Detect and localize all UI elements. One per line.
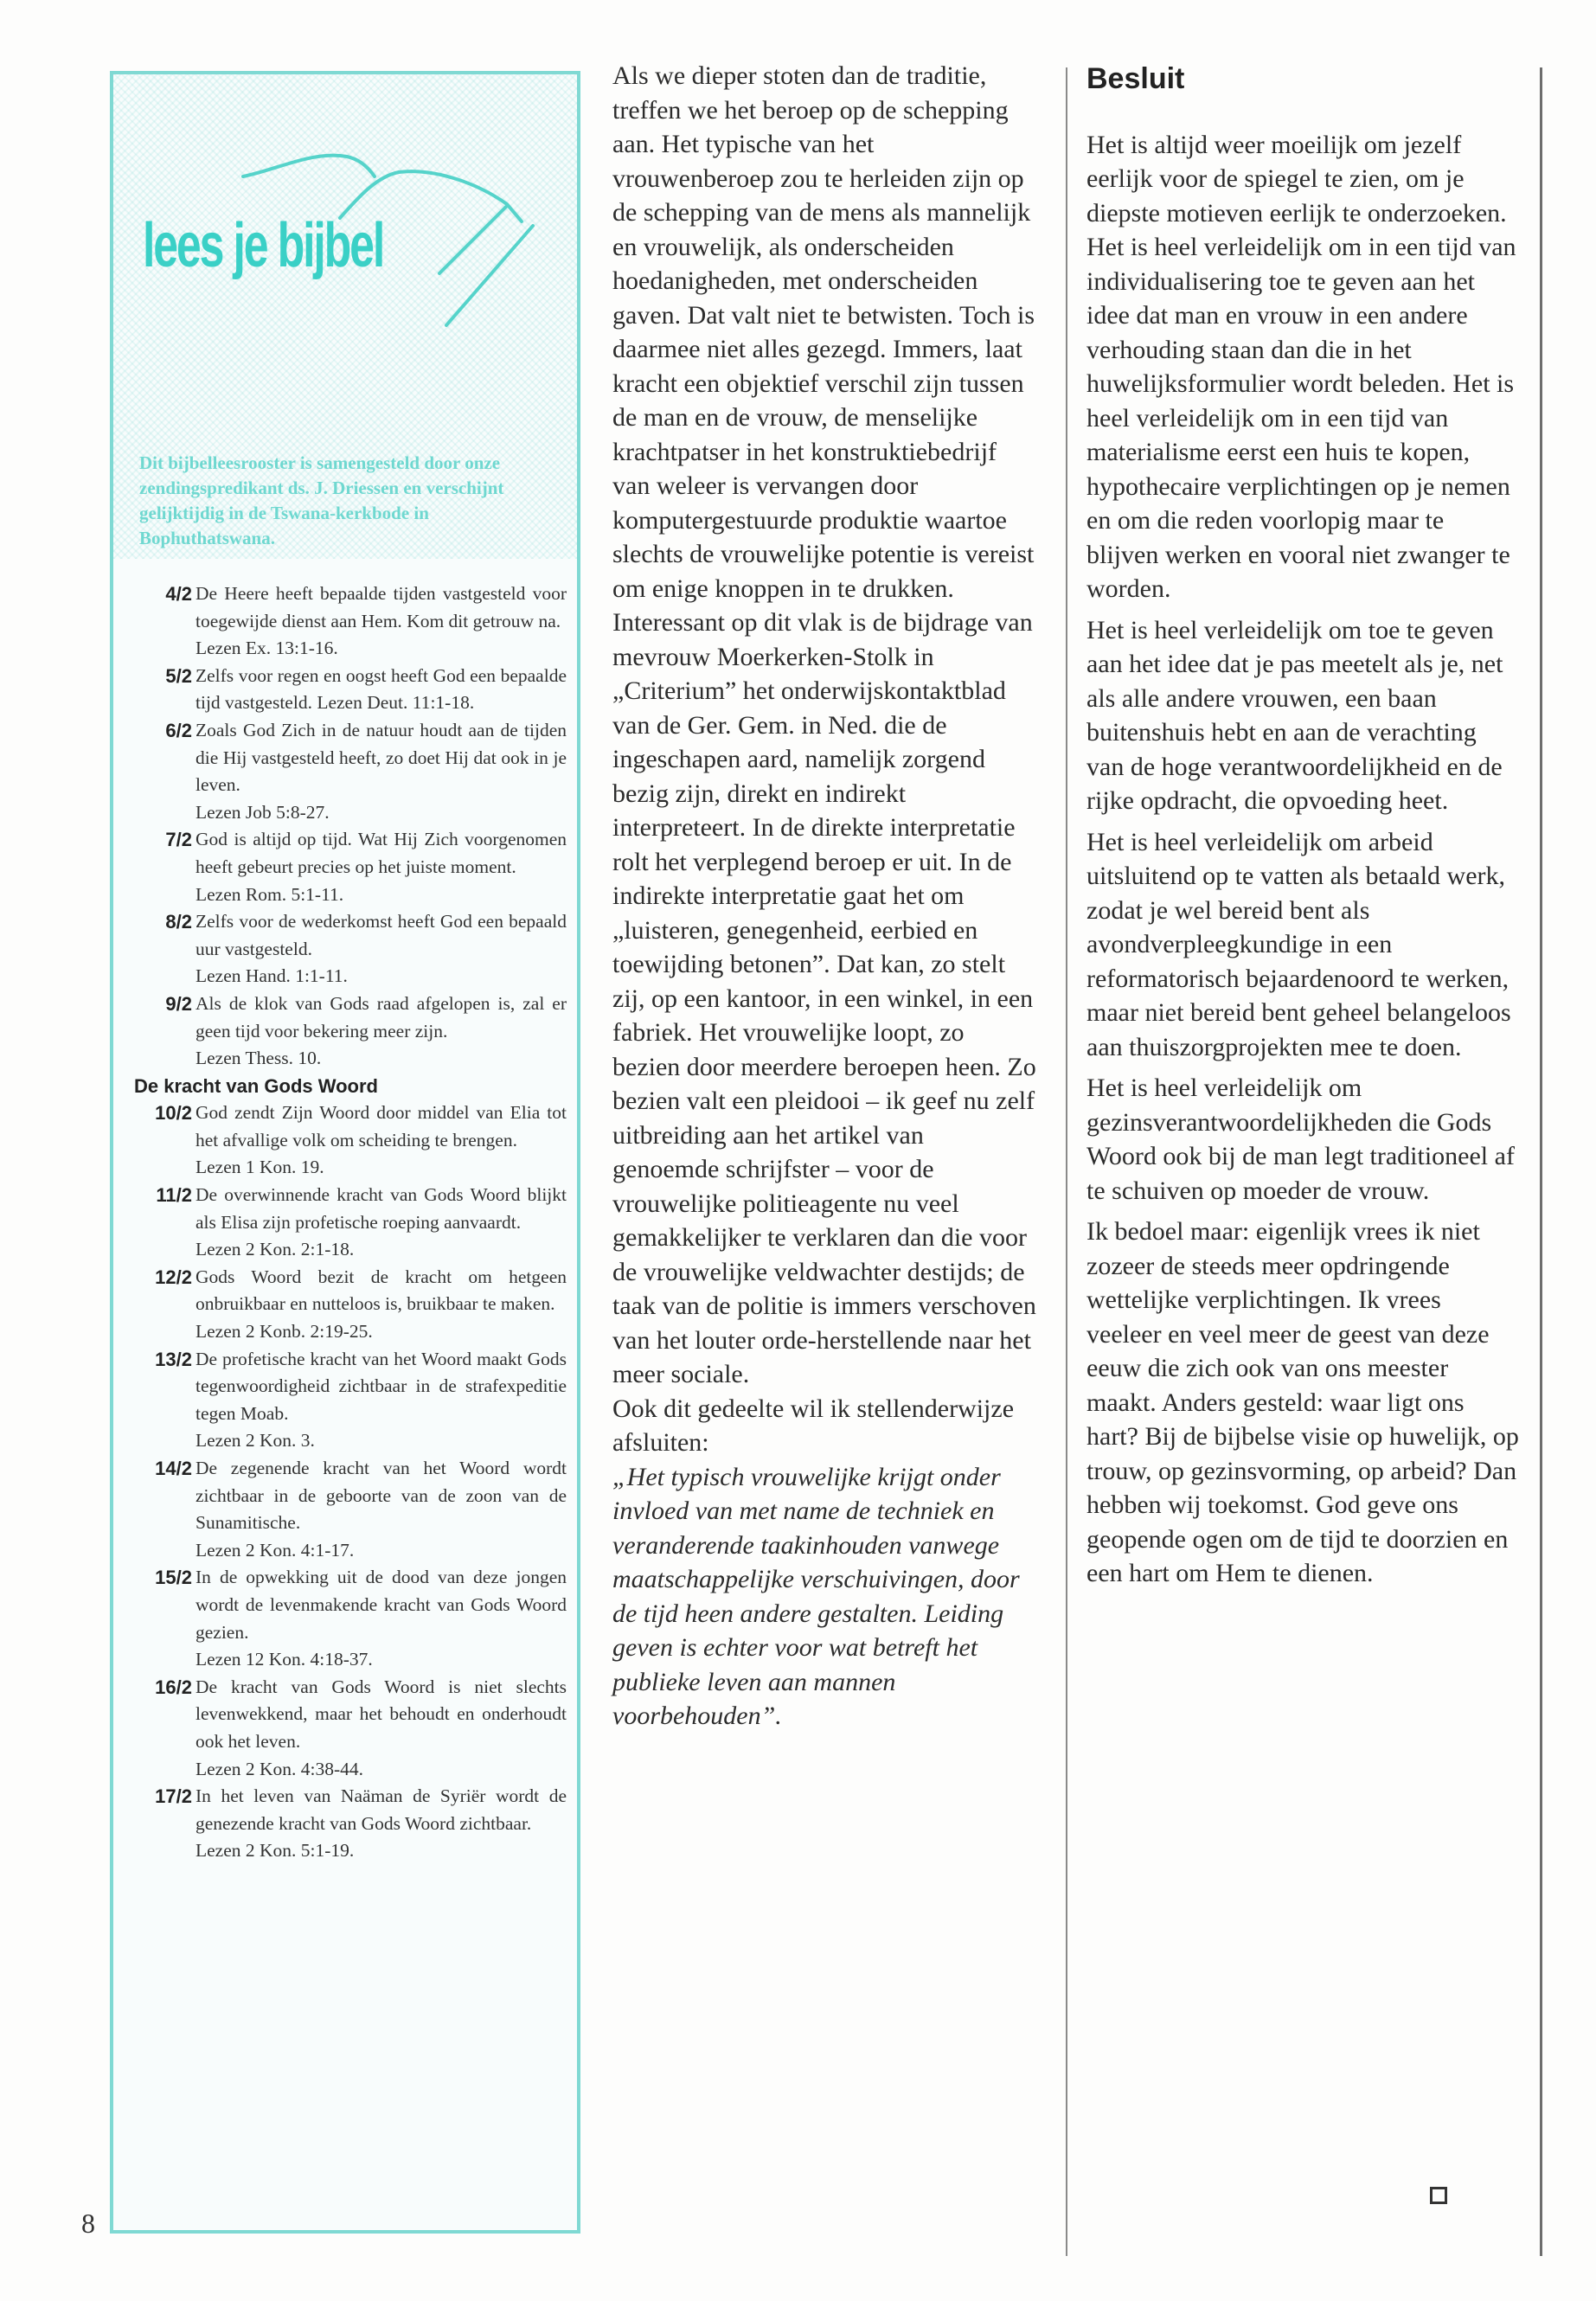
article-paragraph: Ik bedoel maar: eigenlijk vrees ik niet … <box>1086 1215 1519 1591</box>
article-right-column: Besluit Het is altijd weer moeilijk om j… <box>1086 62 1519 1598</box>
article-paragraph: Het is heel verleidelijk om toe te geven… <box>1086 613 1519 818</box>
entry-date: 17/2 <box>134 1783 195 1865</box>
entry-reading: Lezen 2 Kon. 3. <box>195 1427 567 1455</box>
bible-box-intro: Dit bijbelleesrooster is samengesteld do… <box>139 451 563 551</box>
entry-date: 11/2 <box>134 1182 195 1264</box>
entry-text: De Heere heeft bepaalde tijden vastgeste… <box>195 580 567 635</box>
bible-box-title: lees je bijbel <box>143 215 383 277</box>
entry-reading: Lezen 2 Kon. 5:1-19. <box>195 1837 567 1865</box>
entry-reading: Lezen 1 Kon. 19. <box>195 1154 567 1182</box>
entry-text: Gods Woord bezit de kracht om hetgeen on… <box>195 1264 567 1318</box>
entry-reading: Lezen 2 Kon. 4:1-17. <box>195 1537 567 1565</box>
bible-box-header: lees je bijbel Dit bijbelleesrooster is … <box>113 74 577 559</box>
section-title: Besluit <box>1086 62 1519 97</box>
entry-reading: Lezen Job 5:8-27. <box>195 799 567 827</box>
reading-entry: 8/2 Zelfs voor de wederkomst heeft God e… <box>134 908 567 990</box>
entry-date: 13/2 <box>134 1346 195 1455</box>
article-paragraph: Het is heel verleidelijk om arbeid uitsl… <box>1086 825 1519 1065</box>
entry-text: Als de klok van Gods raad afgelopen is, … <box>195 990 567 1045</box>
page-number: 8 <box>81 2208 95 2240</box>
entry-date: 14/2 <box>134 1455 195 1564</box>
entry-date: 8/2 <box>134 908 195 990</box>
reading-schedule: 4/2 De Heere heeft bepaalde tijden vastg… <box>134 580 567 1865</box>
reading-entry: 6/2 Zoals God Zich in de natuur houdt aa… <box>134 717 567 826</box>
entry-text: De kracht van Gods Woord is niet slechts… <box>195 1674 567 1756</box>
entry-reading: Lezen 2 Kon. 4:38-44. <box>195 1756 567 1784</box>
reading-entry: 11/2 De overwinnende kracht van Gods Woo… <box>134 1182 567 1264</box>
entry-reading: Lezen Hand. 1:1-11. <box>195 963 567 990</box>
entry-text: De overwinnende kracht van Gods Woord bl… <box>195 1182 567 1236</box>
section-heading: De kracht van Gods Woord <box>134 1073 567 1100</box>
entry-date: 6/2 <box>134 717 195 826</box>
entry-reading: Lezen 2 Konb. 2:19-25. <box>195 1318 567 1346</box>
reading-entry: 10/2 God zendt Zijn Woord door middel va… <box>134 1099 567 1182</box>
article-middle-column: Als we dieper stoten dan de traditie, tr… <box>612 59 1036 1734</box>
entry-reading: Lezen Thess. 10. <box>195 1045 567 1073</box>
entry-date: 4/2 <box>134 580 195 663</box>
entry-reading: Lezen Ex. 13:1-16. <box>195 635 567 663</box>
bible-reading-box: lees je bijbel Dit bijbelleesrooster is … <box>110 71 580 2234</box>
entry-text: In de opwekking uit de dood van deze jon… <box>195 1564 567 1646</box>
reading-entry: 16/2 De kracht van Gods Woord is niet sl… <box>134 1674 567 1783</box>
entry-reading: Lezen 2 Kon. 2:1-18. <box>195 1236 567 1264</box>
reading-entry: 12/2 Gods Woord bezit de kracht om hetge… <box>134 1264 567 1346</box>
entry-date: 15/2 <box>134 1564 195 1673</box>
entry-date: 9/2 <box>134 990 195 1073</box>
article-quote: „Het typisch vrouwelijke krijgt onder in… <box>612 1460 1036 1734</box>
entry-reading: Lezen 12 Kon. 4:18-37. <box>195 1646 567 1674</box>
column-rule-right <box>1540 67 1542 2256</box>
entry-date: 7/2 <box>134 826 195 908</box>
entry-date: 5/2 <box>134 663 195 717</box>
article-paragraph: Ook dit gedeelte wil ik stellenderwijze … <box>612 1392 1036 1460</box>
reading-entry: 5/2 Zelfs voor regen en oogst heeft God … <box>134 663 567 717</box>
article-paragraph: Als we dieper stoten dan de traditie, tr… <box>612 59 1036 606</box>
entry-text: Zelfs voor regen en oogst heeft God een … <box>195 663 567 717</box>
reading-entry: 14/2 De zegenende kracht van het Woord w… <box>134 1455 567 1564</box>
article-paragraph: Het is altijd weer moeilijk om jezelf ee… <box>1086 128 1519 606</box>
entry-text: De zegenende kracht van het Woord wordt … <box>195 1455 567 1537</box>
entry-date: 10/2 <box>134 1099 195 1182</box>
entry-text: De profetische kracht van het Woord maak… <box>195 1346 567 1428</box>
entry-reading: Lezen Rom. 5:1-11. <box>195 881 567 909</box>
reading-entry: 17/2 In het leven van Naäman de Syriër w… <box>134 1783 567 1865</box>
entry-text: God zendt Zijn Woord door middel van Eli… <box>195 1099 567 1154</box>
reading-entry: 15/2 In de opwekking uit de dood van dez… <box>134 1564 567 1673</box>
entry-date: 12/2 <box>134 1264 195 1346</box>
end-of-article-square-icon <box>1430 2187 1447 2204</box>
magazine-page: lees je bijbel Dit bijbelleesrooster is … <box>0 0 1596 2301</box>
entry-text: Zelfs voor de wederkomst heeft God een b… <box>195 908 567 963</box>
reading-entry: 9/2 Als de klok van Gods raad afgelopen … <box>134 990 567 1073</box>
reading-entry: 7/2 God is altijd op tijd. Wat Hij Zich … <box>134 826 567 908</box>
entry-date: 16/2 <box>134 1674 195 1783</box>
entry-text: Zoals God Zich in de natuur houdt aan de… <box>195 717 567 799</box>
reading-entry: 13/2 De profetische kracht van het Woord… <box>134 1346 567 1455</box>
reading-entry: 4/2 De Heere heeft bepaalde tijden vastg… <box>134 580 567 663</box>
entry-text: In het leven van Naäman de Syriër wordt … <box>195 1783 567 1837</box>
article-paragraph: Het is heel verleidelijk om gezinsverant… <box>1086 1071 1519 1208</box>
article-paragraph: Interessant op dit vlak is de bijdrage v… <box>612 606 1036 1392</box>
entry-text: God is altijd op tijd. Wat Hij Zich voor… <box>195 826 567 881</box>
column-rule-left <box>1066 67 1067 2256</box>
